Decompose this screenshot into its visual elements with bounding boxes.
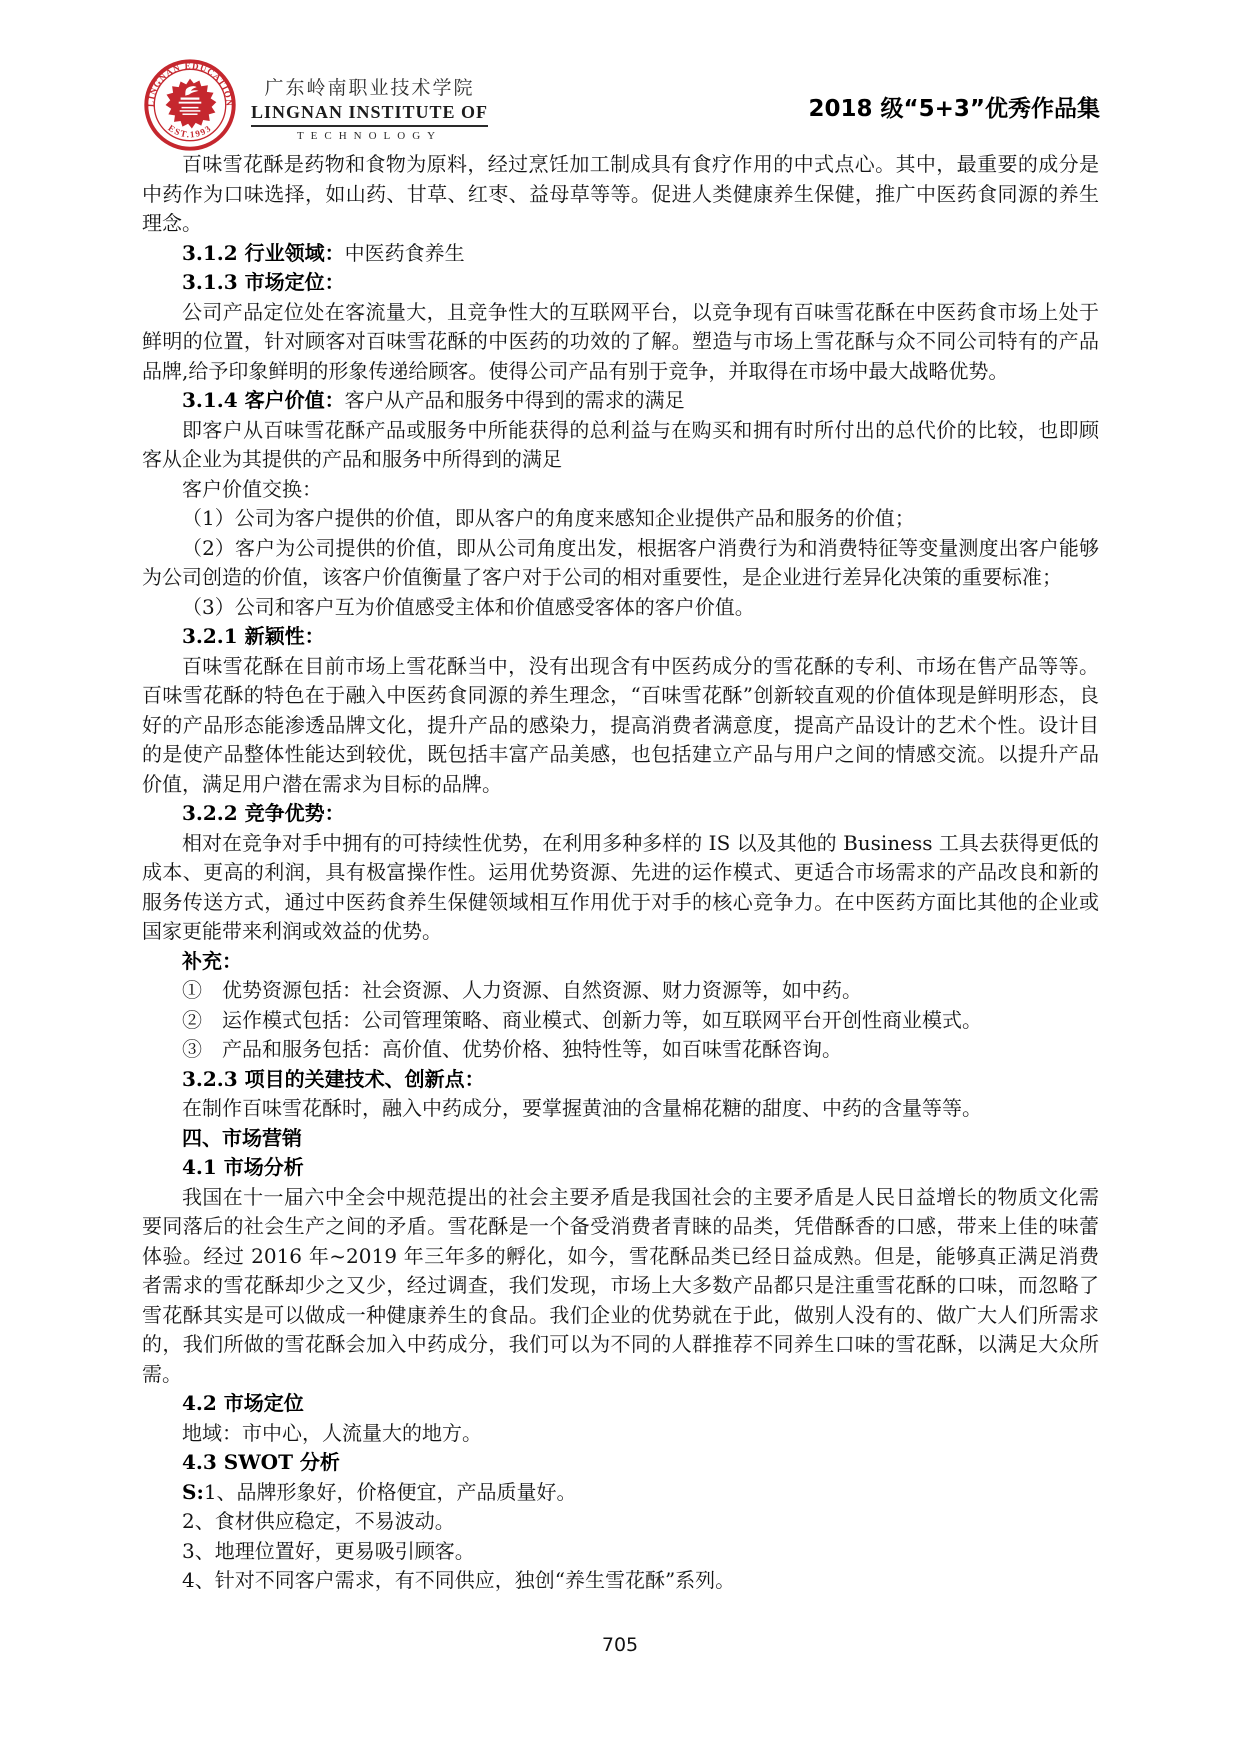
paragraph: 公司产品定位处在客流量大，且竞争性大的互联网平台，以竞争现有百味雪花酥在中医药食… <box>142 298 1099 387</box>
paragraph: 2、食材供应稳定，不易波动。 <box>142 1507 1099 1537</box>
paragraph: 客户价值交换： <box>142 475 1099 505</box>
page-footer: 705 <box>0 1634 1240 1656</box>
collection-title: 2018 级“5+3”优秀作品集 <box>808 90 1100 123</box>
document-page: LINGNAN EDUCATION EST.1993 广东岭南职业技术学院 LI… <box>0 0 1240 1754</box>
page-header: LINGNAN EDUCATION EST.1993 广东岭南职业技术学院 LI… <box>143 58 1100 152</box>
paragraph: 3、地理位置好，更易吸引顾客。 <box>142 1537 1099 1567</box>
school-seal-icon: LINGNAN EDUCATION EST.1993 <box>143 58 237 152</box>
paragraph: 百味雪花酥在目前市场上雪花酥当中，没有出现含有中医药成分的雪花酥的专利、市场在售… <box>142 652 1099 800</box>
paragraph: （3）公司和客户互为价值感受主体和价值感受客体的客户价值。 <box>142 593 1099 623</box>
paragraph: （1）公司为客户提供的价值，即从客户的角度来感知企业提供产品和服务的价值； <box>142 504 1099 534</box>
heading: 四、市场营销 <box>142 1124 1099 1154</box>
paragraph: 3.1.2 行业领域：中医药食养生 <box>142 239 1099 269</box>
heading: 4.1 市场分析 <box>142 1153 1099 1183</box>
paragraph: 在制作百味雪花酥时，融入中药成分，要掌握黄油的含量棉花糖的甜度、中药的含量等等。 <box>142 1094 1099 1124</box>
heading: 4.2 市场定位 <box>142 1389 1099 1419</box>
heading: 4.3 SWOT 分析 <box>142 1448 1099 1478</box>
heading: 补充： <box>142 947 1099 977</box>
paragraph: S:1、品牌形象好，价格便宜，产品质量好。 <box>142 1478 1099 1508</box>
heading: 3.2.1 新颖性： <box>142 622 1099 652</box>
logo-divider <box>251 125 488 127</box>
school-name-block: 广东岭南职业技术学院 LINGNAN INSTITUTE OF TECHNOLO… <box>251 73 488 142</box>
heading: 3.2.3 项目的关建技术、创新点： <box>142 1065 1099 1095</box>
paragraph: ① 优势资源包括：社会资源、人力资源、自然资源、财力资源等，如中药。 <box>142 976 1099 1006</box>
paragraph: 地域：市中心，人流量大的地方。 <box>142 1419 1099 1449</box>
heading: 3.2.2 竞争优势： <box>142 799 1099 829</box>
paragraph: ③ 产品和服务包括：高价值、优势价格、独特性等，如百味雪花酥咨询。 <box>142 1035 1099 1065</box>
paragraph: ② 运作模式包括：公司管理策略、商业模式、创新力等，如互联网平台开创性商业模式。 <box>142 1006 1099 1036</box>
paragraph: 相对在竞争对手中拥有的可持续性优势，在利用多种多样的 IS 以及其他的 Busi… <box>142 829 1099 947</box>
school-name-en-line2: TECHNOLOGY <box>297 130 442 142</box>
school-name-en-line1: LINGNAN INSTITUTE OF <box>251 102 488 123</box>
school-name-cn: 广东岭南职业技术学院 <box>265 73 475 100</box>
school-logo: LINGNAN EDUCATION EST.1993 广东岭南职业技术学院 LI… <box>143 58 488 152</box>
paragraph: 我国在十一届六中全会中规范提出的社会主要矛盾是我国社会的主要矛盾是人民日益增长的… <box>142 1183 1099 1390</box>
heading: 3.1.3 市场定位： <box>142 268 1099 298</box>
paragraph: （2）客户为公司提供的价值，即从公司角度出发，根据客户消费行为和消费特征等变量测… <box>142 534 1099 593</box>
paragraph: 4、针对不同客户需求，有不同供应，独创“养生雪花酥”系列。 <box>142 1566 1099 1596</box>
page-number: 705 <box>602 1634 638 1656</box>
paragraph: 即客户从百味雪花酥产品或服务中所能获得的总利益与在购买和拥有时所付出的总代价的比… <box>142 416 1099 475</box>
paragraph: 3.1.4 客户价值：客户从产品和服务中得到的需求的满足 <box>142 386 1099 416</box>
document-body: 百味雪花酥是药物和食物为原料，经过烹饪加工制成具有食疗作用的中式点心。其中，最重… <box>142 150 1099 1596</box>
paragraph: 百味雪花酥是药物和食物为原料，经过烹饪加工制成具有食疗作用的中式点心。其中，最重… <box>142 150 1099 239</box>
